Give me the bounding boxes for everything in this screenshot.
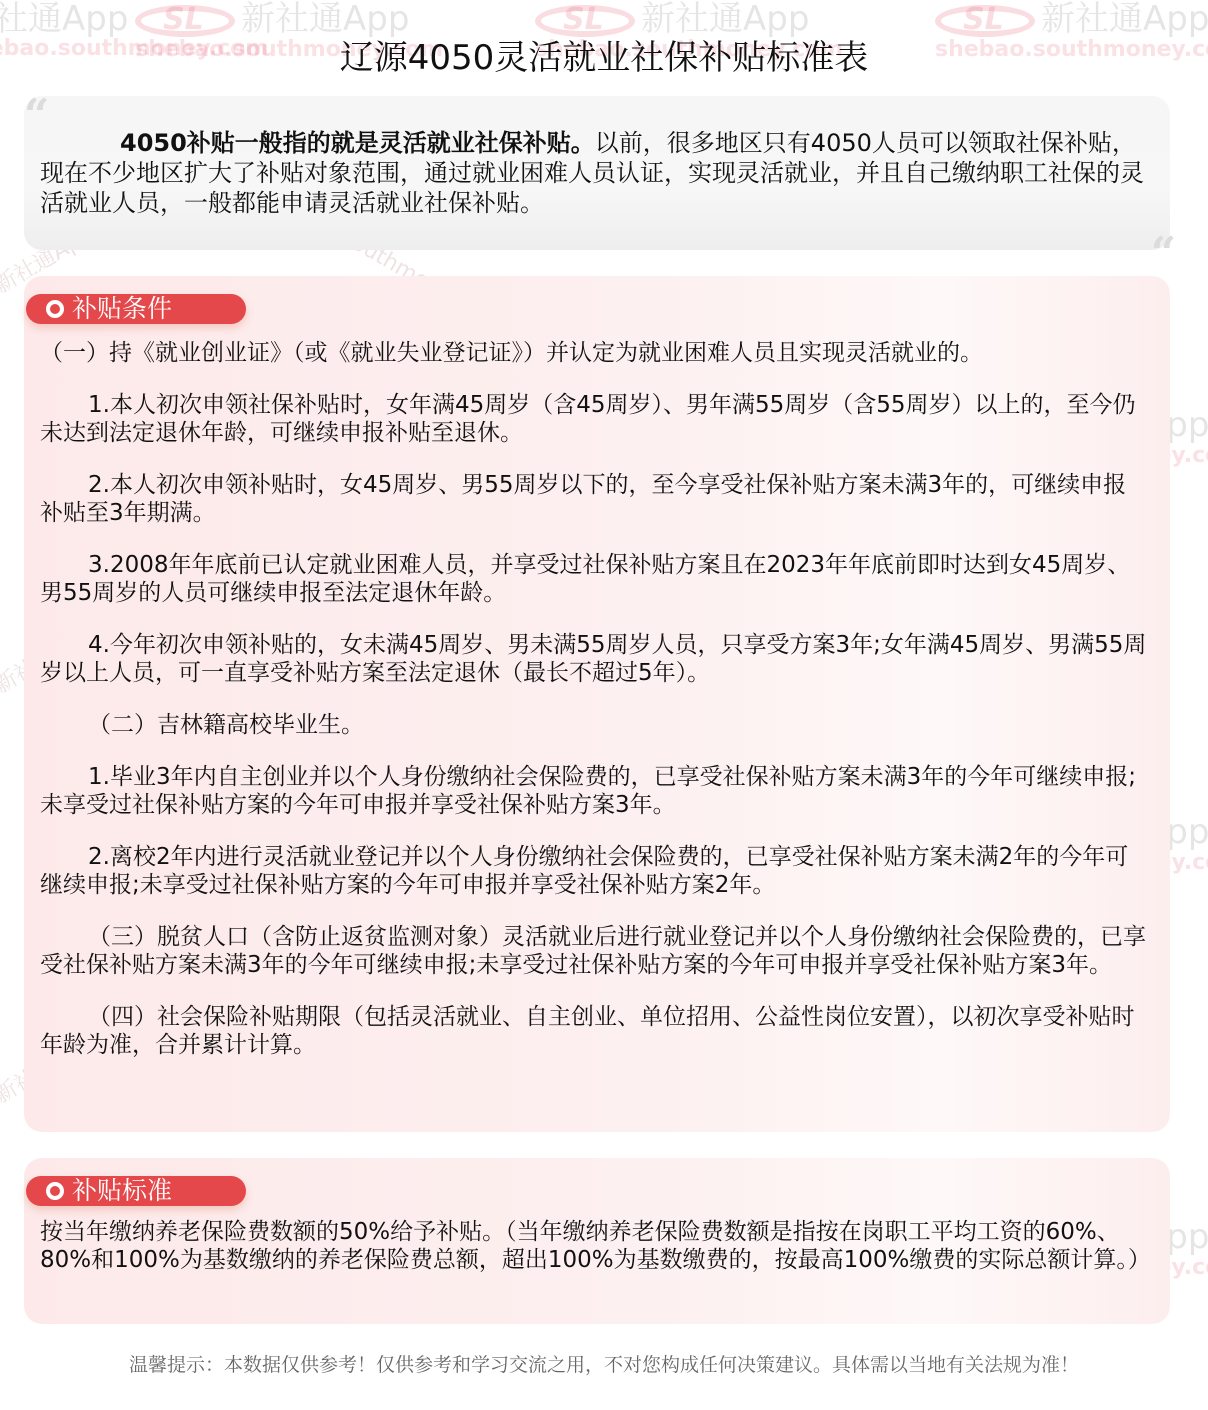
quote-open-icon: “ [24, 94, 49, 138]
condition-paragraph: 4.今年初次申领补贴的，女未满45周岁、男未满55周岁人员，只享受方案3年;女年… [40, 631, 1148, 687]
circle-icon [46, 300, 64, 318]
condition-paragraph: 3.2008年年底前已认定就业困难人员，并享受过社保补贴方案且在2023年年底前… [40, 551, 1148, 607]
page: 辽源4050灵活就业社保补贴标准表 “ 4050补贴一般指的就是灵活就业社保补贴… [0, 0, 1208, 1410]
circle-icon [46, 1182, 64, 1200]
intro-text: 4050补贴一般指的就是灵活就业社保补贴。以前，很多地区只有4050人员可以领取… [40, 128, 1154, 218]
intro-bold-text: 4050补贴一般指的就是灵活就业社保补贴。 [120, 129, 595, 157]
section-body: 按当年缴纳养老保险费数额的50%给予补贴。（当年缴纳养老保险费数额是指按在岗职工… [40, 1218, 1148, 1274]
condition-paragraph: （二）吉林籍高校毕业生。 [40, 711, 1148, 739]
section-header: 补贴条件 [26, 294, 246, 324]
condition-paragraph: 1.毕业3年内自主创业并以个人身份缴纳社会保险费的，已享受社保补贴方案未满3年的… [40, 763, 1148, 819]
page-title: 辽源4050灵活就业社保补贴标准表 [0, 30, 1208, 79]
condition-paragraph: 2.离校2年内进行灵活就业登记并以个人身份缴纳社会保险费的，已享受社保补贴方案未… [40, 843, 1148, 899]
condition-paragraph: 1.本人初次申领社保补贴时，女年满45周岁（含45周岁）、男年满55周岁（含55… [40, 391, 1148, 447]
condition-paragraph: （一）持《就业创业证》（或《就业失业登记证》）并认定为就业困难人员且实现灵活就业… [40, 339, 1148, 367]
section-conditions: 补贴条件 （一）持《就业创业证》（或《就业失业登记证》）并认定为就业困难人员且实… [24, 276, 1170, 1132]
section-title: 补贴标准 [72, 1176, 172, 1205]
condition-paragraph: （四）社会保险补贴期限（包括灵活就业、自主创业、单位招用、公益性岗位安置），以初… [40, 1003, 1148, 1059]
footer-disclaimer: 温馨提示：本数据仅供参考！仅供参考和学习交流之用，不对您构成任何决策建议。具体需… [0, 1350, 1208, 1377]
quote-close-icon: “ [1151, 232, 1176, 276]
section-body: （一）持《就业创业证》（或《就业失业登记证》）并认定为就业困难人员且实现灵活就业… [40, 339, 1148, 1059]
standard-paragraph: 按当年缴纳养老保险费数额的50%给予补贴。（当年缴纳养老保险费数额是指按在岗职工… [40, 1218, 1148, 1274]
section-title: 补贴条件 [72, 294, 172, 323]
intro-card: “ 4050补贴一般指的就是灵活就业社保补贴。以前，很多地区只有4050人员可以… [24, 96, 1170, 250]
condition-paragraph: 2.本人初次申领补贴时，女45周岁、男55周岁以下的，至今享受社保补贴方案未满3… [40, 471, 1148, 527]
section-header: 补贴标准 [26, 1176, 246, 1206]
section-standard: 补贴标准 按当年缴纳养老保险费数额的50%给予补贴。（当年缴纳养老保险费数额是指… [24, 1158, 1170, 1324]
condition-paragraph: （三）脱贫人口（含防止返贫监测对象）灵活就业后进行就业登记并以个人身份缴纳社会保… [40, 923, 1148, 979]
